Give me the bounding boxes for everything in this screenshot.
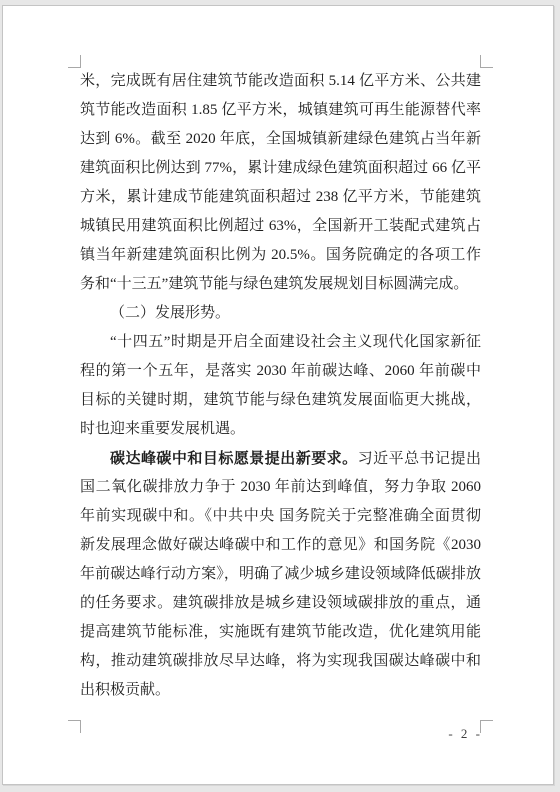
text-line[interactable]: 的任务要求。建筑碳排放是城乡建设领域碳排放的重点，通过 bbox=[80, 589, 481, 618]
text-boundary-mark-top-right bbox=[480, 55, 493, 68]
page-number: - 2 - bbox=[448, 726, 480, 741]
app-canvas: { "colors": { "canvas_background": "#e7e… bbox=[0, 0, 560, 792]
text-line[interactable]: 出积极贡献。 bbox=[80, 676, 481, 705]
text-line[interactable]: 国二氧化碳排放力争于 2030 年前达到峰值，努力争取 2060 bbox=[80, 473, 481, 502]
text-line[interactable]: 镇当年新建建筑面积比例为 20.5%。国务院确定的各项工作任 bbox=[80, 241, 481, 270]
bold-run: 碳达峰碳中和目标愿景提出新要求。 bbox=[110, 450, 358, 467]
text-line[interactable]: 达到 6%。截至 2020 年底，全国城镇新建绿色建筑占当年新建 bbox=[80, 125, 481, 154]
text-line[interactable]: 目标的关键时期，建筑节能与绿色建筑发展面临更大挑战，同 bbox=[80, 386, 481, 415]
text-line[interactable]: （二）发展形势。 bbox=[80, 299, 481, 328]
text-line[interactable]: 年前碳达峰行动方案》，明确了减少城乡建设领域降低碳排放 bbox=[80, 560, 481, 589]
text-line[interactable]: 提高建筑节能标准，实施既有建筑节能改造，优化建筑用能结 bbox=[80, 618, 481, 647]
text-line[interactable]: 构，推动建筑碳排放尽早达峰，将为实现我国碳达峰碳中和做 bbox=[80, 647, 481, 676]
text-line[interactable]: 城镇民用建筑面积比例超过 63%，全国新开工装配式建筑占城 bbox=[80, 212, 481, 241]
text-line[interactable]: 筑节能改造面积 1.85 亿平方米，城镇建筑可再生能源替代率 bbox=[80, 96, 481, 125]
text-line[interactable]: 务和“十三五”建筑节能与绿色建筑发展规划目标圆满完成。 bbox=[80, 270, 481, 299]
text-line[interactable]: 碳达峰碳中和目标愿景提出新要求。习近平总书记提出我 bbox=[80, 444, 481, 473]
text-line[interactable]: 新发展理念做好碳达峰碳中和工作的意见》和国务院《2030 bbox=[80, 531, 481, 560]
text-line[interactable]: 年前实现碳中和。《中共中央 国务院关于完整准确全面贯彻 bbox=[80, 502, 481, 531]
text-line[interactable]: 程的第一个五年，是落实 2030 年前碳达峰、2060 年前碳中和 bbox=[80, 357, 481, 386]
text-line[interactable]: 建筑面积比例达到 77%，累计建成绿色建筑面积超过 66 亿平 bbox=[80, 154, 481, 183]
page-footer: - 2 - bbox=[80, 726, 480, 742]
text-line[interactable]: 米，完成既有居住建筑节能改造面积 5.14 亿平方米、公共建 bbox=[80, 67, 481, 96]
text-boundary-mark-bottom-right bbox=[480, 720, 493, 733]
text-line[interactable]: “十四五”时期是开启全面建设社会主义现代化国家新征 bbox=[80, 328, 481, 357]
document-page[interactable]: 米，完成既有居住建筑节能改造面积 5.14 亿平方米、公共建筑节能改造面积 1.… bbox=[2, 5, 554, 785]
document-body-text[interactable]: 米，完成既有居住建筑节能改造面积 5.14 亿平方米、公共建筑节能改造面积 1.… bbox=[80, 67, 481, 705]
text-line[interactable]: 时也迎来重要发展机遇。 bbox=[80, 415, 481, 444]
text-line[interactable]: 方米，累计建成节能建筑面积超过 238 亿平方米，节能建筑占 bbox=[80, 183, 481, 212]
